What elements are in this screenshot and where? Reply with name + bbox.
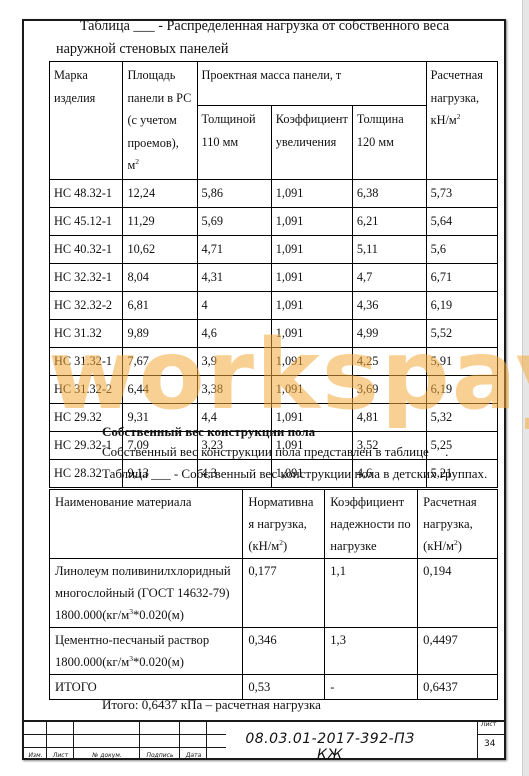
table-cell: 1,091	[271, 263, 352, 291]
table1-caption: Таблица ___ - Распределенная нагрузка от…	[0, 18, 529, 35]
section-paragraph: Собственный вес конструкции пола предста…	[102, 444, 448, 460]
header-thickness-120: Толщина 120 мм	[352, 106, 426, 179]
header-design-load: Расчетная нагрузка, (кН/м2)	[418, 490, 498, 559]
header-reliability-coef: Коэффициент надежности по нагрузке	[325, 490, 418, 559]
table-cell: 6,38	[352, 179, 426, 207]
header-mass-group: Проектная масса панели, т	[197, 62, 426, 106]
total-design: 0,6437	[418, 675, 498, 700]
sheet-label: Лист	[481, 721, 496, 728]
stamp-label-signature: Подпись	[140, 752, 180, 759]
table-cell: 4	[197, 291, 271, 319]
table1-caption-continued: наружной стеновых панелей	[56, 41, 228, 58]
stamp-label-date: Дата	[180, 752, 207, 759]
table-cell: 6,19	[426, 375, 497, 403]
table-row: НС 48.32-112,245,861,0916,385,73	[50, 179, 498, 207]
stamp-label-revision: Изм.	[24, 752, 47, 759]
table-cell: 6,71	[426, 263, 497, 291]
header-material: Наименование материала	[50, 490, 243, 559]
table-row: НС 31.32-26,443,381,0913,696,19	[50, 375, 498, 403]
table-row: НС 32.32-18,044,311,0914,76,71	[50, 263, 498, 291]
total-normative: 0,53	[243, 675, 325, 700]
table-cell: 1,091	[271, 319, 352, 347]
scrollbar-track[interactable]	[522, 0, 529, 776]
total-reliability: -	[325, 675, 418, 700]
table-cell: 8,04	[123, 263, 197, 291]
table-cell: НС 31.32-1	[50, 347, 123, 375]
table-cell: НС 40.32-1	[50, 235, 123, 263]
stamp-label-doc-number: № докум.	[74, 752, 140, 759]
table-cell: НС 45.12-1	[50, 207, 123, 235]
table-cell: 4,81	[352, 403, 426, 431]
table-row: НС 31.329,894,61,0914,995,52	[50, 319, 498, 347]
table-cell: 4,6	[197, 319, 271, 347]
summary-text: Итого: 0,6437 кПа – расчетная нагрузка	[102, 697, 321, 713]
table-cell: 4,99	[352, 319, 426, 347]
table-row: Линолеум поливинилхлоридныймногослойный …	[50, 559, 498, 628]
table-cell: 4,25	[352, 347, 426, 375]
normative-cell: 0,346	[243, 628, 325, 675]
table-cell: 3,69	[352, 375, 426, 403]
table-row: НС 31.32-17,673,91,0914,255,91	[50, 347, 498, 375]
table-cell: 5,69	[197, 207, 271, 235]
table-cell: 3,38	[197, 375, 271, 403]
table-cell: НС 48.32-1	[50, 179, 123, 207]
design-cell: 0,4497	[418, 628, 498, 675]
table-cell: 7,67	[123, 347, 197, 375]
table-row: НС 40.32-110,624,711,0915,115,6	[50, 235, 498, 263]
table-cell: 5,73	[426, 179, 497, 207]
table-cell: 1,091	[271, 375, 352, 403]
table-cell: 5,6	[426, 235, 497, 263]
table-cell: 1,091	[271, 179, 352, 207]
table-cell: НС 31.32	[50, 319, 123, 347]
table-cell: 11,29	[123, 207, 197, 235]
table-cell: 5,86	[197, 179, 271, 207]
table-cell: 1,091	[271, 347, 352, 375]
header-thickness-110: Толщиной 110 мм	[197, 106, 271, 179]
sheet-number: 34	[484, 739, 495, 749]
floor-weight-table: Наименование материала Нормативна я нагр…	[49, 489, 498, 700]
material-cell: Линолеум поливинилхлоридныймногослойный …	[50, 559, 243, 628]
table-cell: 5,11	[352, 235, 426, 263]
header-coefficient: Коэффициент увеличения	[271, 106, 352, 179]
table-cell: НС 31.32-2	[50, 375, 123, 403]
table-cell: 5,64	[426, 207, 497, 235]
table-cell: 4,31	[197, 263, 271, 291]
table-cell: 5,52	[426, 319, 497, 347]
table-cell: 5,32	[426, 403, 497, 431]
header-mark: Марка изделия	[50, 62, 123, 180]
table-cell: НС 32.32-2	[50, 291, 123, 319]
table-cell: 4,7	[352, 263, 426, 291]
header-area: Площадь панели в РС (с учетом проемов), …	[123, 62, 197, 180]
table-cell: 1,091	[271, 235, 352, 263]
reliability-cell: 1,1	[325, 559, 418, 628]
table-cell: 6,44	[123, 375, 197, 403]
table-row: НС 45.12-111,295,691,0916,215,64	[50, 207, 498, 235]
table-cell: 5,91	[426, 347, 497, 375]
table-cell: НС 32.32-1	[50, 263, 123, 291]
table-cell: 10,62	[123, 235, 197, 263]
table-cell: 3,9	[197, 347, 271, 375]
table-cell: 4,71	[197, 235, 271, 263]
table-cell: 6,19	[426, 291, 497, 319]
total-label: ИТОГО	[50, 675, 243, 700]
header-design-load: Расчетная нагрузка, кН/м2	[426, 62, 497, 180]
header-normative-load: Нормативна я нагрузка, (кН/м2)	[243, 490, 325, 559]
table-cell: 1,091	[271, 291, 352, 319]
table-cell: 1,091	[271, 207, 352, 235]
reliability-cell: 1,3	[325, 628, 418, 675]
table2-caption: Таблица ___ - Собственный вес конструкци…	[102, 466, 487, 482]
material-cell: Цементно-песчаный раствор1800.000(кг/м3*…	[50, 628, 243, 675]
table-cell: 6,81	[123, 291, 197, 319]
table-cell: 6,21	[352, 207, 426, 235]
table-row: Цементно-песчаный раствор1800.000(кг/м3*…	[50, 628, 498, 675]
table-row: НС 32.32-26,8141,0914,366,19	[50, 291, 498, 319]
stamp-label-sheet: Лист	[47, 752, 74, 759]
section-heading: Собственный вес конструкции пола	[102, 424, 315, 440]
table-cell: 4,36	[352, 291, 426, 319]
table-cell: 9,89	[123, 319, 197, 347]
document-number: 08.03.01-2017-392-ПЗ КЖ	[240, 731, 420, 763]
normative-cell: 0,177	[243, 559, 325, 628]
table-cell: 12,24	[123, 179, 197, 207]
design-cell: 0,194	[418, 559, 498, 628]
